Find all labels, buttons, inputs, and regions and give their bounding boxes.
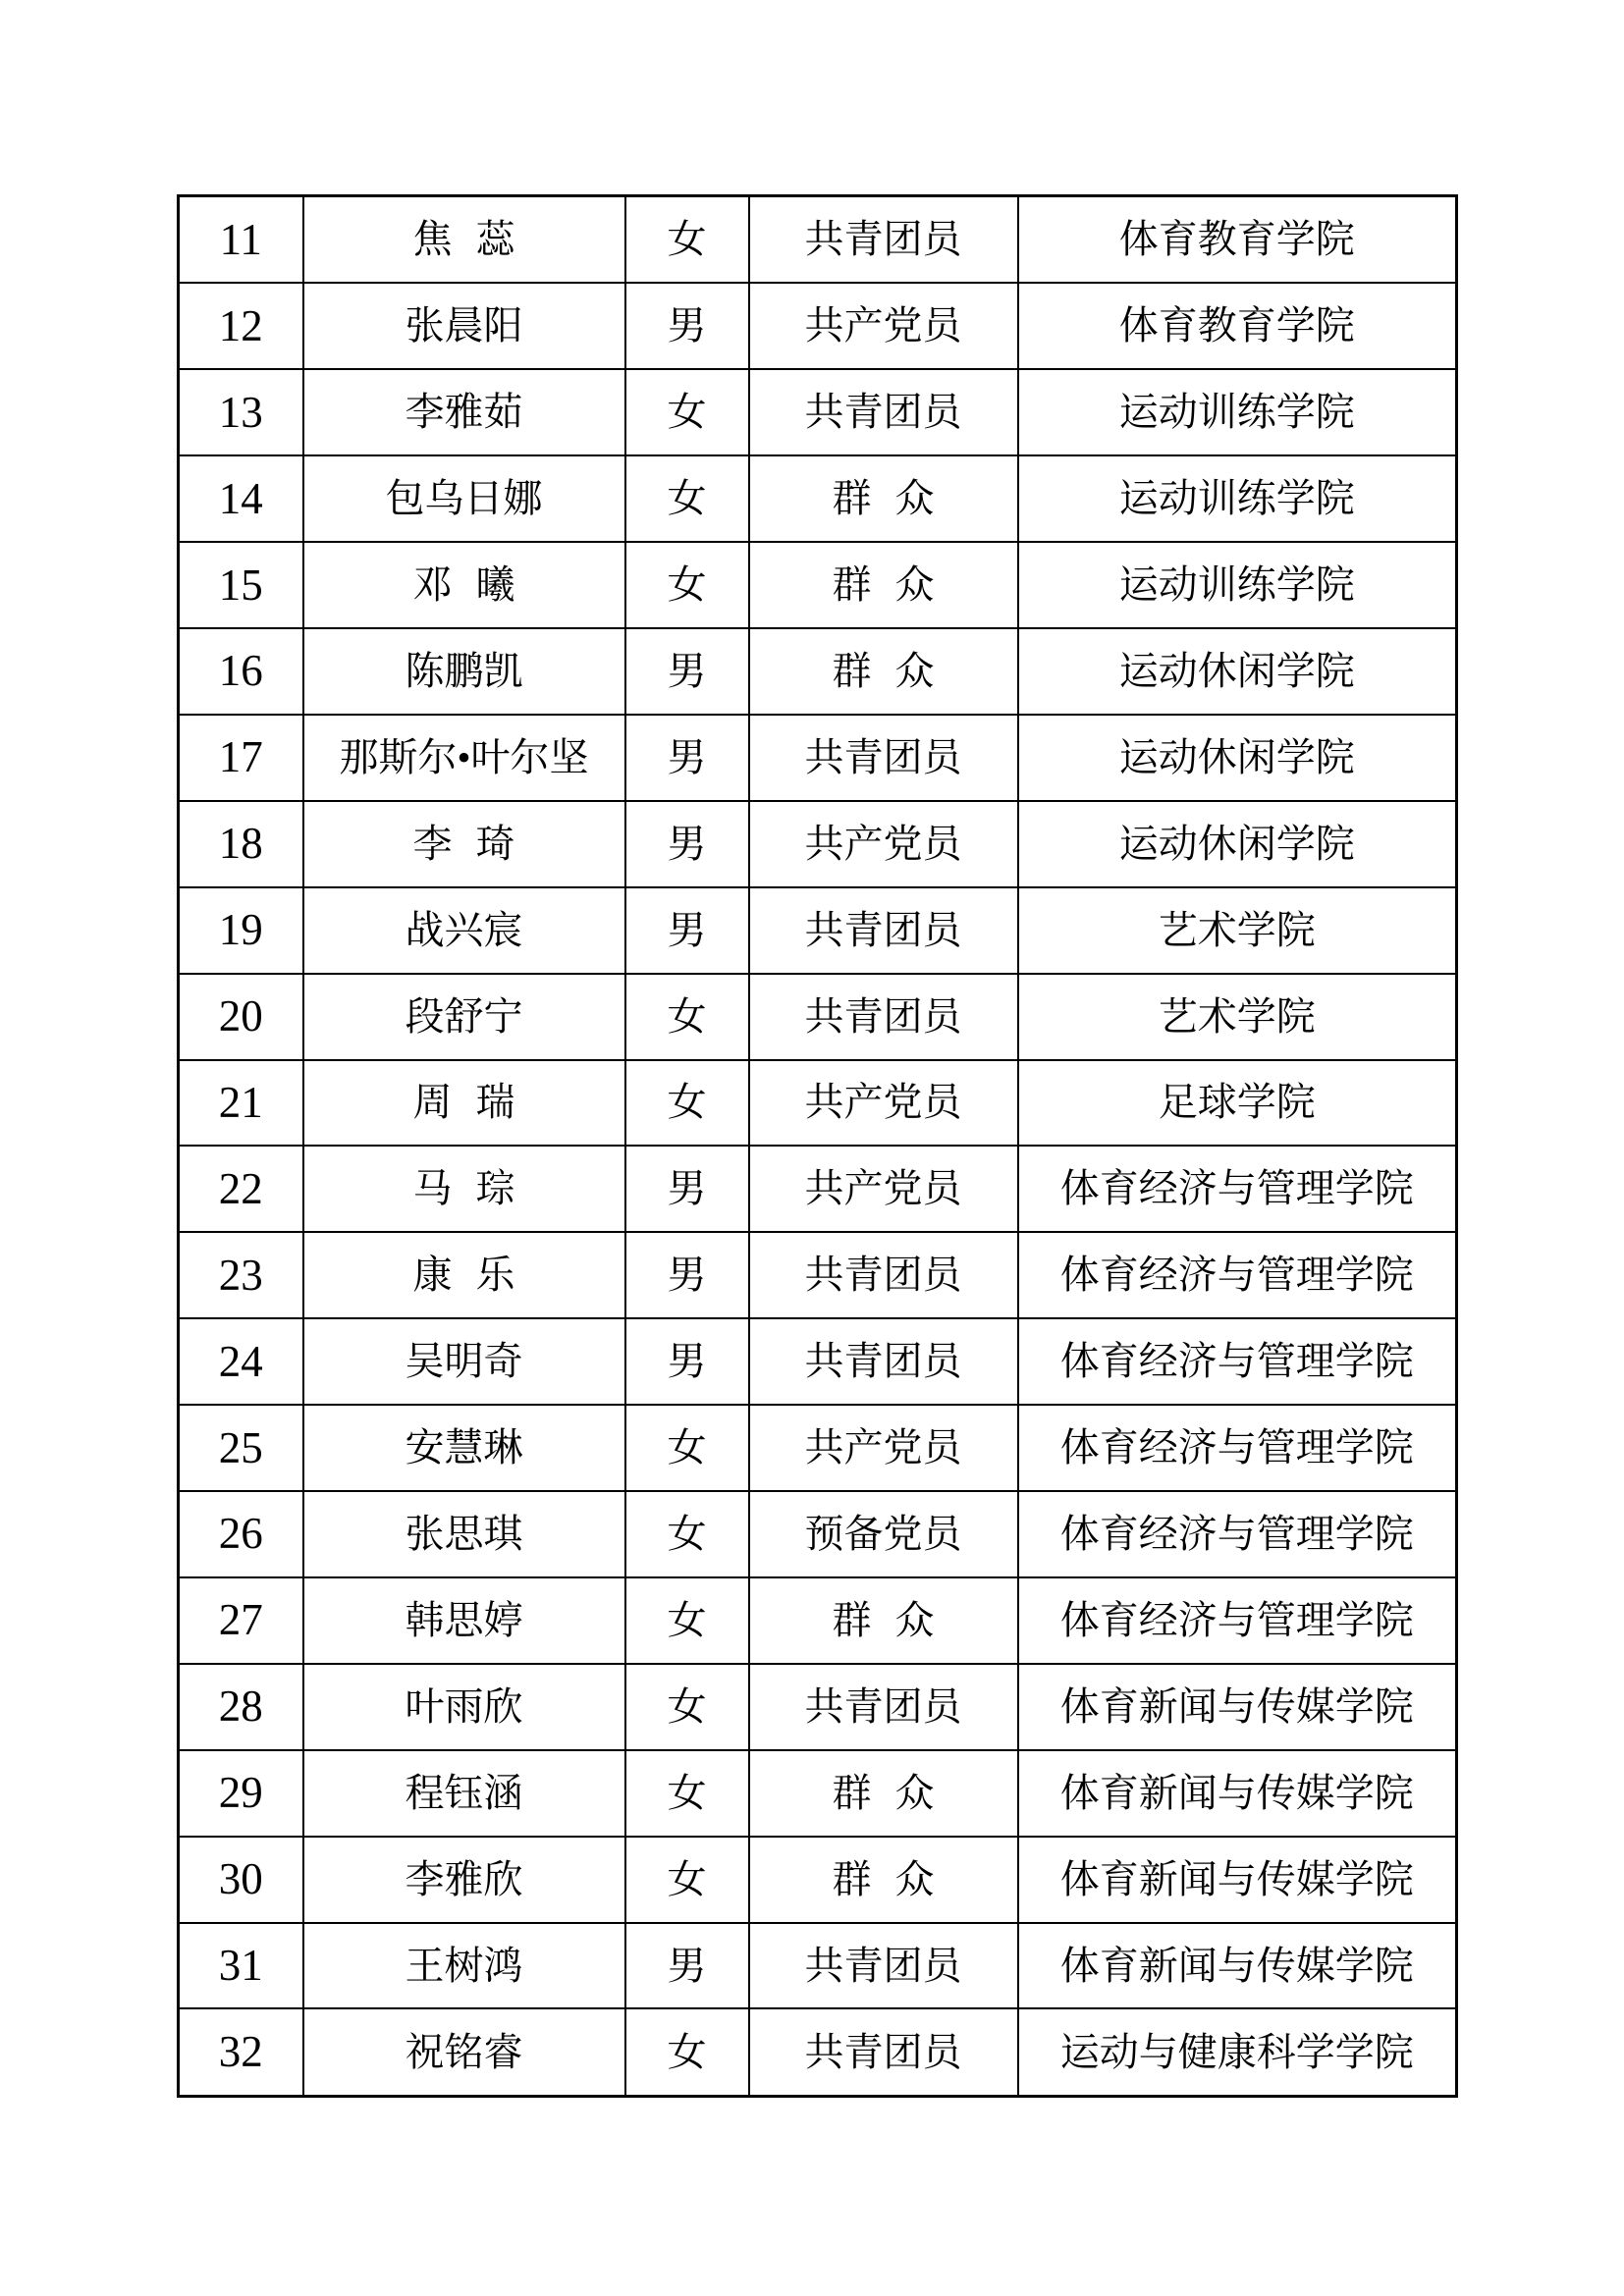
row-number-text: 27 [219, 1595, 263, 1644]
political-status-text: 共青团员 [805, 1253, 962, 1297]
gender-cell: 男 [625, 628, 749, 715]
college-cell: 体育经济与管理学院 [1018, 1146, 1457, 1232]
political-status-cell: 群众 [749, 455, 1018, 542]
political-status-text: 共产党员 [805, 822, 962, 866]
row-number-cell: 28 [179, 1664, 303, 1750]
student-name-cell: 段舒宁 [303, 974, 625, 1060]
student-name-cell: 周瑞 [303, 1060, 625, 1147]
row-number-text: 13 [219, 388, 263, 437]
college-text: 艺术学院 [1159, 908, 1316, 952]
college-text: 艺术学院 [1159, 994, 1316, 1039]
college-text: 体育新闻与传媒学院 [1060, 1944, 1414, 1988]
row-number-cell: 17 [179, 715, 303, 801]
college-cell: 体育新闻与传媒学院 [1018, 1837, 1457, 1923]
political-status-cell: 共青团员 [749, 974, 1018, 1060]
college-cell: 运动训练学院 [1018, 455, 1457, 542]
row-number-text: 12 [219, 301, 263, 350]
political-status-text: 共青团员 [805, 994, 962, 1039]
row-number-cell: 22 [179, 1146, 303, 1232]
table-row: 30李雅欣女群众体育新闻与传媒学院 [179, 1837, 1457, 1923]
gender-text: 男 [668, 735, 707, 779]
college-cell: 运动休闲学院 [1018, 628, 1457, 715]
college-cell: 体育新闻与传媒学院 [1018, 1923, 1457, 2009]
political-status-cell: 群众 [749, 1837, 1018, 1923]
gender-text: 男 [668, 1944, 707, 1988]
gender-cell: 女 [625, 1750, 749, 1837]
student-name-text: 焦蕊 [413, 217, 539, 261]
row-number-cell: 27 [179, 1577, 303, 1664]
gender-text: 男 [668, 303, 707, 347]
gender-text: 男 [668, 822, 707, 866]
row-number-cell: 23 [179, 1232, 303, 1318]
college-cell: 运动与健康科学学院 [1018, 2008, 1457, 2096]
student-name-text: 张晨阳 [406, 303, 523, 347]
student-name-cell: 邓曦 [303, 542, 625, 628]
college-text: 体育教育学院 [1119, 303, 1355, 347]
college-cell: 体育教育学院 [1018, 196, 1457, 284]
college-text: 体育经济与管理学院 [1060, 1598, 1414, 1642]
college-text: 体育经济与管理学院 [1060, 1166, 1414, 1210]
student-name-text: 陈鹏凯 [406, 649, 523, 693]
table-row: 25安慧琳女共产党员体育经济与管理学院 [179, 1405, 1457, 1491]
row-number-cell: 13 [179, 369, 303, 455]
gender-text: 男 [668, 1166, 707, 1210]
row-number-cell: 26 [179, 1491, 303, 1577]
student-name-cell: 程钰涵 [303, 1750, 625, 1837]
gender-text: 女 [668, 2030, 707, 2074]
political-status-cell: 群众 [749, 628, 1018, 715]
college-cell: 运动训练学院 [1018, 369, 1457, 455]
table-row: 23康乐男共青团员体育经济与管理学院 [179, 1232, 1457, 1318]
political-status-text: 群众 [833, 476, 958, 520]
row-number-text: 24 [219, 1337, 263, 1386]
row-number-cell: 21 [179, 1060, 303, 1147]
row-number-cell: 20 [179, 974, 303, 1060]
student-name-cell: 包乌日娜 [303, 455, 625, 542]
political-status-text: 预备党员 [805, 1512, 962, 1556]
college-text: 运动训练学院 [1119, 390, 1355, 434]
college-text: 体育经济与管理学院 [1060, 1253, 1414, 1297]
political-status-text: 共产党员 [805, 1166, 962, 1210]
student-name-cell: 战兴宸 [303, 887, 625, 974]
political-status-cell: 共产党员 [749, 1060, 1018, 1147]
student-name-text: 韩思婷 [406, 1598, 523, 1642]
political-status-cell: 共青团员 [749, 196, 1018, 284]
row-number-cell: 31 [179, 1923, 303, 2009]
political-status-text: 共青团员 [805, 1339, 962, 1383]
row-number-text: 18 [219, 819, 263, 868]
gender-cell: 女 [625, 369, 749, 455]
row-number-cell: 29 [179, 1750, 303, 1837]
gender-text: 女 [668, 1771, 707, 1815]
row-number-text: 31 [219, 1941, 263, 1990]
roster-table-body: 11焦蕊女共青团员体育教育学院12张晨阳男共产党员体育教育学院13李雅茹女共青团… [179, 196, 1457, 2097]
student-name-text: 张思琪 [406, 1512, 523, 1556]
table-row: 31王树鸿男共青团员体育新闻与传媒学院 [179, 1923, 1457, 2009]
row-number-text: 16 [219, 646, 263, 695]
gender-cell: 男 [625, 715, 749, 801]
row-number-text: 32 [219, 2027, 263, 2076]
political-status-cell: 共产党员 [749, 1405, 1018, 1491]
table-row: 18李琦男共产党员运动休闲学院 [179, 801, 1457, 887]
college-text: 体育新闻与传媒学院 [1060, 1684, 1414, 1729]
student-name-cell: 叶雨欣 [303, 1664, 625, 1750]
row-number-cell: 14 [179, 455, 303, 542]
row-number-text: 15 [219, 561, 263, 610]
row-number-text: 14 [219, 474, 263, 523]
political-status-cell: 共青团员 [749, 715, 1018, 801]
student-name-text: 李雅茹 [406, 390, 523, 434]
row-number-text: 21 [219, 1078, 263, 1127]
gender-text: 男 [668, 649, 707, 693]
college-cell: 体育经济与管理学院 [1018, 1405, 1457, 1491]
table-row: 20段舒宁女共青团员艺术学院 [179, 974, 1457, 1060]
gender-cell: 女 [625, 455, 749, 542]
table-row: 22马琮男共产党员体育经济与管理学院 [179, 1146, 1457, 1232]
gender-cell: 女 [625, 2008, 749, 2096]
table-row: 32祝铭睿女共青团员运动与健康科学学院 [179, 2008, 1457, 2096]
student-name-cell: 王树鸿 [303, 1923, 625, 2009]
student-name-text: 李琦 [413, 822, 539, 866]
gender-text: 女 [668, 1598, 707, 1642]
political-status-text: 共青团员 [805, 735, 962, 779]
political-status-cell: 共产党员 [749, 801, 1018, 887]
gender-cell: 男 [625, 283, 749, 369]
college-text: 运动训练学院 [1119, 562, 1355, 607]
table-row: 12张晨阳男共产党员体育教育学院 [179, 283, 1457, 369]
row-number-text: 29 [219, 1768, 263, 1817]
gender-text: 女 [668, 1684, 707, 1729]
gender-text: 女 [668, 562, 707, 607]
row-number-cell: 25 [179, 1405, 303, 1491]
student-name-text: 马琮 [413, 1166, 539, 1210]
college-text: 运动休闲学院 [1119, 649, 1355, 693]
political-status-cell: 共青团员 [749, 887, 1018, 974]
gender-cell: 男 [625, 1318, 749, 1405]
student-name-cell: 张思琪 [303, 1491, 625, 1577]
gender-cell: 男 [625, 1923, 749, 2009]
political-status-cell: 群众 [749, 1577, 1018, 1664]
college-cell: 足球学院 [1018, 1060, 1457, 1147]
row-number-cell: 24 [179, 1318, 303, 1405]
gender-cell: 女 [625, 1060, 749, 1147]
student-roster-table: 11焦蕊女共青团员体育教育学院12张晨阳男共产党员体育教育学院13李雅茹女共青团… [177, 194, 1458, 2098]
political-status-text: 共青团员 [805, 390, 962, 434]
gender-cell: 男 [625, 1146, 749, 1232]
college-text: 运动休闲学院 [1119, 735, 1355, 779]
gender-cell: 女 [625, 1577, 749, 1664]
gender-cell: 男 [625, 1232, 749, 1318]
political-status-cell: 共青团员 [749, 369, 1018, 455]
college-cell: 体育经济与管理学院 [1018, 1491, 1457, 1577]
political-status-text: 共青团员 [805, 1684, 962, 1729]
student-name-text: 包乌日娜 [386, 476, 543, 520]
table-row: 14包乌日娜女群众运动训练学院 [179, 455, 1457, 542]
row-number-text: 20 [219, 991, 263, 1041]
political-status-text: 共产党员 [805, 303, 962, 347]
political-status-text: 共青团员 [805, 217, 962, 261]
student-name-cell: 安慧琳 [303, 1405, 625, 1491]
college-cell: 体育经济与管理学院 [1018, 1232, 1457, 1318]
college-cell: 体育教育学院 [1018, 283, 1457, 369]
college-cell: 体育新闻与传媒学院 [1018, 1750, 1457, 1837]
college-text: 体育经济与管理学院 [1060, 1425, 1414, 1469]
student-name-text: 战兴宸 [406, 908, 523, 952]
student-name-cell: 康乐 [303, 1232, 625, 1318]
student-name-cell: 马琮 [303, 1146, 625, 1232]
gender-text: 女 [668, 217, 707, 261]
political-status-cell: 共青团员 [749, 1318, 1018, 1405]
gender-text: 男 [668, 1339, 707, 1383]
political-status-text: 共青团员 [805, 1944, 962, 1988]
political-status-text: 群众 [833, 1771, 958, 1815]
row-number-text: 22 [219, 1164, 263, 1213]
student-name-text: 祝铭睿 [406, 2030, 523, 2074]
college-cell: 体育经济与管理学院 [1018, 1318, 1457, 1405]
college-text: 体育经济与管理学院 [1060, 1339, 1414, 1383]
college-text: 体育新闻与传媒学院 [1060, 1857, 1414, 1901]
row-number-cell: 12 [179, 283, 303, 369]
college-cell: 体育新闻与传媒学院 [1018, 1664, 1457, 1750]
political-status-text: 共产党员 [805, 1080, 962, 1124]
student-name-text: 王树鸿 [406, 1944, 523, 1988]
student-name-text: 周瑞 [413, 1080, 539, 1124]
gender-cell: 女 [625, 1837, 749, 1923]
student-name-text: 吴明奇 [406, 1339, 523, 1383]
political-status-text: 共产党员 [805, 1425, 962, 1469]
table-row: 15邓曦女群众运动训练学院 [179, 542, 1457, 628]
student-name-text: 段舒宁 [406, 994, 523, 1039]
student-name-text: 康乐 [413, 1253, 539, 1297]
student-name-cell: 祝铭睿 [303, 2008, 625, 2096]
table-row: 19战兴宸男共青团员艺术学院 [179, 887, 1457, 974]
table-row: 28叶雨欣女共青团员体育新闻与传媒学院 [179, 1664, 1457, 1750]
table-row: 29程钰涵女群众体育新闻与传媒学院 [179, 1750, 1457, 1837]
table-row: 27韩思婷女群众体育经济与管理学院 [179, 1577, 1457, 1664]
row-number-text: 23 [219, 1251, 263, 1300]
row-number-cell: 11 [179, 196, 303, 284]
gender-text: 女 [668, 1512, 707, 1556]
political-status-text: 群众 [833, 649, 958, 693]
row-number-text: 11 [220, 215, 262, 264]
gender-cell: 女 [625, 196, 749, 284]
gender-cell: 男 [625, 887, 749, 974]
college-cell: 艺术学院 [1018, 887, 1457, 974]
table-row: 17那斯尔•叶尔坚男共青团员运动休闲学院 [179, 715, 1457, 801]
gender-cell: 女 [625, 542, 749, 628]
gender-cell: 女 [625, 1405, 749, 1491]
political-status-cell: 预备党员 [749, 1491, 1018, 1577]
student-name-text: 那斯尔•叶尔坚 [339, 735, 588, 779]
table-row: 11焦蕊女共青团员体育教育学院 [179, 196, 1457, 284]
gender-cell: 女 [625, 1491, 749, 1577]
student-name-cell: 李雅欣 [303, 1837, 625, 1923]
row-number-cell: 18 [179, 801, 303, 887]
row-number-cell: 16 [179, 628, 303, 715]
political-status-text: 群众 [833, 1598, 958, 1642]
gender-text: 女 [668, 390, 707, 434]
college-text: 体育经济与管理学院 [1060, 1512, 1414, 1556]
row-number-cell: 32 [179, 2008, 303, 2096]
gender-text: 女 [668, 1857, 707, 1901]
gender-text: 男 [668, 1253, 707, 1297]
row-number-cell: 30 [179, 1837, 303, 1923]
political-status-cell: 共产党员 [749, 283, 1018, 369]
student-name-cell: 那斯尔•叶尔坚 [303, 715, 625, 801]
table-row: 13李雅茹女共青团员运动训练学院 [179, 369, 1457, 455]
political-status-text: 共青团员 [805, 908, 962, 952]
row-number-text: 26 [219, 1509, 263, 1558]
table-row: 16陈鹏凯男群众运动休闲学院 [179, 628, 1457, 715]
college-cell: 运动训练学院 [1018, 542, 1457, 628]
student-name-cell: 李雅茹 [303, 369, 625, 455]
student-name-text: 叶雨欣 [406, 1684, 523, 1729]
college-text: 运动休闲学院 [1119, 822, 1355, 866]
political-status-text: 群众 [833, 1857, 958, 1901]
political-status-text: 共青团员 [805, 2030, 962, 2074]
student-name-text: 邓曦 [413, 562, 539, 607]
row-number-cell: 15 [179, 542, 303, 628]
college-text: 体育教育学院 [1119, 217, 1355, 261]
gender-text: 女 [668, 1080, 707, 1124]
college-cell: 艺术学院 [1018, 974, 1457, 1060]
college-cell: 体育经济与管理学院 [1018, 1577, 1457, 1664]
gender-cell: 女 [625, 1664, 749, 1750]
row-number-text: 28 [219, 1682, 263, 1731]
row-number-text: 17 [219, 732, 263, 781]
college-text: 运动训练学院 [1119, 476, 1355, 520]
student-name-cell: 张晨阳 [303, 283, 625, 369]
row-number-cell: 19 [179, 887, 303, 974]
table-row: 26张思琪女预备党员体育经济与管理学院 [179, 1491, 1457, 1577]
student-name-text: 安慧琳 [406, 1425, 523, 1469]
gender-text: 女 [668, 476, 707, 520]
gender-text: 男 [668, 908, 707, 952]
gender-text: 女 [668, 994, 707, 1039]
political-status-cell: 共青团员 [749, 1923, 1018, 2009]
gender-text: 女 [668, 1425, 707, 1469]
political-status-text: 群众 [833, 562, 958, 607]
gender-cell: 男 [625, 801, 749, 887]
college-cell: 运动休闲学院 [1018, 801, 1457, 887]
college-text: 体育新闻与传媒学院 [1060, 1771, 1414, 1815]
gender-cell: 女 [625, 974, 749, 1060]
student-name-text: 李雅欣 [406, 1857, 523, 1901]
student-name-cell: 吴明奇 [303, 1318, 625, 1405]
row-number-text: 25 [219, 1423, 263, 1472]
political-status-cell: 共青团员 [749, 1232, 1018, 1318]
political-status-cell: 共产党员 [749, 1146, 1018, 1232]
political-status-cell: 群众 [749, 542, 1018, 628]
table-row: 21周瑞女共产党员足球学院 [179, 1060, 1457, 1147]
row-number-text: 19 [219, 905, 263, 954]
table-row: 24吴明奇男共青团员体育经济与管理学院 [179, 1318, 1457, 1405]
political-status-cell: 共青团员 [749, 1664, 1018, 1750]
document-page: 11焦蕊女共青团员体育教育学院12张晨阳男共产党员体育教育学院13李雅茹女共青团… [0, 0, 1624, 2296]
student-name-cell: 李琦 [303, 801, 625, 887]
college-text: 足球学院 [1159, 1080, 1316, 1124]
political-status-cell: 共青团员 [749, 2008, 1018, 2096]
political-status-cell: 群众 [749, 1750, 1018, 1837]
student-name-cell: 焦蕊 [303, 196, 625, 284]
student-name-cell: 韩思婷 [303, 1577, 625, 1664]
college-cell: 运动休闲学院 [1018, 715, 1457, 801]
college-text: 运动与健康科学学院 [1060, 2030, 1414, 2074]
student-name-cell: 陈鹏凯 [303, 628, 625, 715]
row-number-text: 30 [219, 1854, 263, 1903]
student-name-text: 程钰涵 [406, 1771, 523, 1815]
